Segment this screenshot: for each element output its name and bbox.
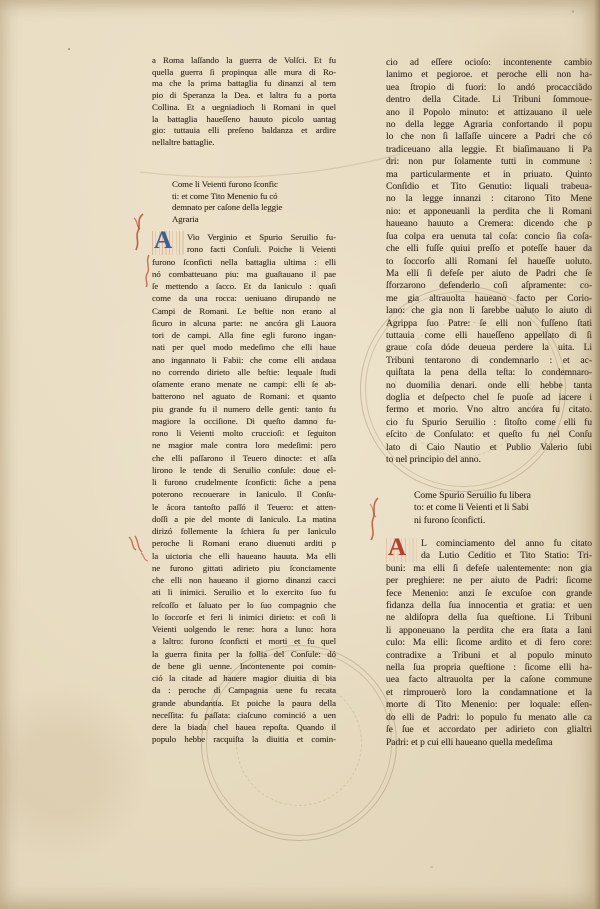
text-line: Agrippa ſuo Patre: ſe elli non fuſſeno ſ…	[386, 318, 592, 330]
text-line: ció la citade ad hauere magior diuitia d…	[152, 672, 336, 684]
text-line: nellaltre battaglie.	[152, 137, 336, 149]
text-line: batterono nel aguato de Romani: et quant…	[152, 390, 336, 402]
text-line: nati per quel modo medeſimo che elli hau…	[152, 341, 336, 353]
text-line: la uictoria che elli haueano hauuta. Ma …	[152, 550, 336, 562]
text-line: lirono le tende di Seruilio conſule: dou…	[152, 464, 336, 476]
text-line: uea ſtropio di fuori: Io andó procacciãd…	[386, 82, 592, 94]
text-line: morte di Tito Menenio: per loquale: eſſe…	[386, 699, 592, 711]
text-line: che elli fuſſe quiui preſſo et poteſſe h…	[386, 243, 592, 255]
text-line: do elli de Padri: lo populo fu menato al…	[386, 712, 592, 724]
text-line: le ácora tantoſto paſſó il Teuero: et at…	[152, 501, 336, 513]
text-line: per preghiere: ne per aiuto de Padri: ſi…	[386, 575, 592, 587]
text-line: to ſoccorſo alli Romani ſel haueſſe uolu…	[386, 256, 592, 268]
text-line: piu grande fu il numero delle genti: tan…	[152, 403, 336, 415]
left-column-chapter-heading: Come li Veienti furono ſconficti: et com…	[172, 179, 322, 226]
paragraph-lines: L cominciamento del anno fu citatoda Lut…	[386, 538, 592, 749]
text-line: furono ſconficti nella battaglia ultima …	[152, 256, 336, 268]
illuminated-initial-red-A: A	[386, 538, 418, 562]
text-line: uea facto altrauolta per la caſone commu…	[386, 674, 592, 686]
text-line: contradixe a Tribuni et al populo minuto	[386, 650, 592, 662]
text-line: graue coſa dóde deueua perdere la uita. …	[386, 342, 592, 354]
text-line: me gia altrauolta haueano facto per Cori…	[386, 293, 592, 305]
text-line: li apponeuano la perdita che era ſtata a…	[386, 625, 592, 637]
text-line: Collina. Et a uegniadioch li Romani in q…	[152, 102, 336, 114]
text-line: a laltro: furono ſconficti et morti et f…	[152, 635, 336, 647]
text-line: lato di Caio Nautio et Publio Valerio ſu…	[386, 442, 592, 454]
text-line: quiſtata la pena della teſta: lo condemn…	[386, 367, 592, 379]
text-line: nio: et apponeuanli la perdita che li Ro…	[386, 206, 592, 218]
rubricator-paraph-right-heading	[365, 496, 385, 542]
text-line: peroche li Romani erano diuenuti arditi …	[152, 537, 336, 549]
text-line: ne furono gittati adirieto piu ſconciame…	[152, 562, 336, 574]
text-line: da : peroche di Campagnia uene fu recata	[152, 684, 336, 696]
text-line: ſua colpa era uenuta tal coſa: concio ſi…	[386, 231, 592, 243]
text-line: poterono recouerare in Ianiculo. Il Conſ…	[152, 488, 336, 500]
text-line: tradiceuano alla leggie. Et biaſimauano …	[386, 144, 592, 156]
text-line: no della legge Agraria confortando il po…	[386, 119, 592, 131]
text-line: lanimo et pegioroe. et peroche elli non …	[386, 69, 592, 81]
text-line: lo ſoccorſe et feri li inimici dirieto: …	[152, 611, 336, 623]
text-line: de bene gli uenne. Incontenente poi comi…	[152, 660, 336, 672]
text-line: doſſi a pie del monte di Ianiculo. La ma…	[152, 513, 336, 525]
text-line: dentro della Citade. Li Tribuni ſommoue-	[386, 94, 592, 106]
text-line: ne aldiſopra della ſua queſtione. Li Tri…	[386, 612, 592, 624]
text-line: la guerra finita per la follia del Conſu…	[152, 648, 336, 660]
text-line: tuttauia come elli haueſſeno appellato d…	[386, 330, 592, 342]
text-line: demnato per caſone della leggie	[172, 202, 322, 214]
left-column-paragraph-2: A Vio Verginio et Spurio Seruilio fu-ron…	[152, 231, 336, 746]
text-line: quella guerra ſi propinqua alle mura di …	[152, 67, 336, 79]
text-line: dirizó follemente la ſchiera ſu per Iani…	[152, 525, 336, 537]
text-line: dere la biada chel hauea repoſta. Quando…	[152, 721, 336, 733]
left-column-paragraph-1: a Roma laſſando la guerra de Volſci. Et …	[152, 55, 336, 149]
text-line: reſcoſſo et ſaluato per lo ſuo compagnio…	[152, 599, 336, 611]
text-line: no la legge innanzi : citarono Tito Mene	[386, 193, 592, 205]
text-line: buni: ma elli ſi defeſe ualentemente: no…	[386, 563, 592, 575]
right-column-paragraph-1: cio ad eſſere ocioſo: incontenente cambi…	[386, 57, 592, 466]
text-line: ma particularmente et in priuato. Quinto	[386, 169, 592, 181]
text-line: no duomilia denari. onde elli hebbe tant…	[386, 380, 592, 392]
text-line: nó combatteuano piu: ma guaſtauano il pa…	[152, 268, 336, 280]
initial-letter: A	[388, 534, 406, 562]
text-line: cio ad eſſere ocioſo: incontenente cambi…	[386, 57, 592, 69]
text-line: rono li Veienti molto cruccioſi: et ſegu…	[152, 427, 336, 439]
text-line: ano il Popolo minuto: et attizauano il u…	[386, 107, 592, 119]
text-line: la battaglia haueſſeno hauuto picolo uan…	[152, 114, 336, 126]
text-line: Ma elli ſi defeſe per aiuto de Padri che…	[386, 268, 592, 280]
text-line: Come li Veienti furono ſconfic	[172, 179, 322, 191]
text-line: doglia et deſpecto chel ſe puoſe ad iace…	[386, 392, 592, 404]
text-line: fidanza della ſua innocentia et gratia: …	[386, 600, 592, 612]
text-line: ni furono ſconficti.	[414, 515, 579, 527]
text-line: lo che non ſi laſſaſſe uincere a Padri c…	[386, 131, 592, 143]
text-line: magiore la occiſione. Di queſto damno fu…	[152, 415, 336, 427]
rubricator-paraph-left-heading	[129, 212, 151, 252]
text-line: Agraria	[172, 214, 322, 226]
text-line: come da una rocca: ueniuano dirupando ne	[152, 292, 336, 304]
text-line: populo hebbe racquiſta la diuitia et com…	[152, 733, 336, 745]
book-page-scan: { "palette":{ "paper":"#e8dcc2", "ink":"…	[0, 0, 600, 909]
text-line: grande abundantia. Et poiche la paura de…	[152, 697, 336, 709]
text-line: ma che la prima battaglia fu dinanzi al …	[152, 78, 336, 90]
paper-speck	[68, 48, 70, 50]
text-line: to nel principio del anno.	[386, 454, 592, 466]
text-line: eſcito de Conſulato: et queſto fu nel Co…	[386, 429, 592, 441]
text-line: fece Menenio: anzi ſe excuſoe con grande	[386, 588, 592, 600]
text-line: che elli non haueano il giorno dinanzi c…	[152, 574, 336, 586]
text-line: ſforzarono defenderlo coſi aſpramente: c…	[386, 280, 592, 292]
text-line: no correndo dirieto alle beſtie: lequale…	[152, 366, 336, 378]
text-line: oſamente erano menate ne campi: elli ſe …	[152, 378, 336, 390]
paragraph-lines: Vio Verginio et Spurio Seruilio fu-rono …	[152, 231, 336, 746]
text-line: ſe mettendo a ſacco. Et da Ianiculo : qu…	[152, 280, 336, 292]
text-line: lano: che gia non li ſarebbe ualuto lo a…	[386, 305, 592, 317]
text-line: ti: et come Tito Menenio fu có	[172, 191, 322, 203]
text-line: Come Spurio Seruilio fu libera	[414, 490, 579, 502]
text-line: gio: tuttauia elli preſeno baldanza et a…	[152, 125, 336, 137]
illuminated-initial-blue-A: A	[152, 231, 184, 255]
text-line: dri: non pur ſolamente tutti in commune …	[386, 156, 592, 168]
paper-speck	[430, 866, 433, 868]
text-line: Padri: et p cui elli haueano quella mede…	[386, 737, 592, 749]
text-line: Veienti uolgendo le rene: hora a luno: h…	[152, 623, 336, 635]
text-line: et rimprouerò loro la condamnatione et l…	[386, 687, 592, 699]
text-line: haueano hauuto a Cremera: dicendo che p	[386, 218, 592, 230]
text-line: cio fu Spurio Seruilio : ſitoſto come el…	[386, 417, 592, 429]
initial-letter: A	[154, 227, 172, 255]
text-line: ſicuro in alcuna parte: ne ancóra gli La…	[152, 317, 336, 329]
text-line: ano ingannato li Fabii: che come elli an…	[152, 354, 336, 366]
right-column-paragraph-2: A L cominciamento del anno fu citatoda L…	[386, 538, 592, 749]
text-line: pio di Speranza la Dea. et laltra fu a p…	[152, 90, 336, 102]
text-line: ati li inimici. Seruilio et lo exercito …	[152, 586, 336, 598]
text-line: li furono crudelmente ſconficti: ſiche a…	[152, 476, 336, 488]
rubricator-squiggle-left-margin	[125, 533, 151, 563]
page-right-edge-shadow	[594, 0, 600, 909]
text-line: neceſſita: fu paſſata: ciaſcuno cominció…	[152, 709, 336, 721]
text-line: Conſidio et Tito Genutio: liquali trabeu…	[386, 181, 592, 193]
text-line: ſe ſue et accordato per adirieto con gli…	[386, 724, 592, 736]
text-line: to: et come li Veienti et li Sabi	[414, 502, 579, 514]
text-line: che elli paſſarono il Teuero dinocte: et…	[152, 452, 336, 464]
text-line: tori de campi. Alla fine egli furono ing…	[152, 329, 336, 341]
right-column-chapter-heading: Come Spurio Seruilio fu liberato: et com…	[414, 490, 579, 527]
text-line: Tribuni tentarono di condemnarlo : et ac…	[386, 355, 592, 367]
text-line: nella ſua propria queſtione : ſicome ell…	[386, 662, 592, 674]
text-line: Campi de Romani. Le beſtie non erano al	[152, 305, 336, 317]
text-line: a Roma laſſando la guerra de Volſci. Et …	[152, 55, 336, 67]
text-line: ne magior male contra loro medeſimi: per…	[152, 439, 336, 451]
text-line: fermo et morio. Vno altro ancóra fu cita…	[386, 404, 592, 416]
text-line: culo: Ma elli: ſicome ardito et di fero …	[386, 637, 592, 649]
paper-speck	[572, 10, 574, 13]
